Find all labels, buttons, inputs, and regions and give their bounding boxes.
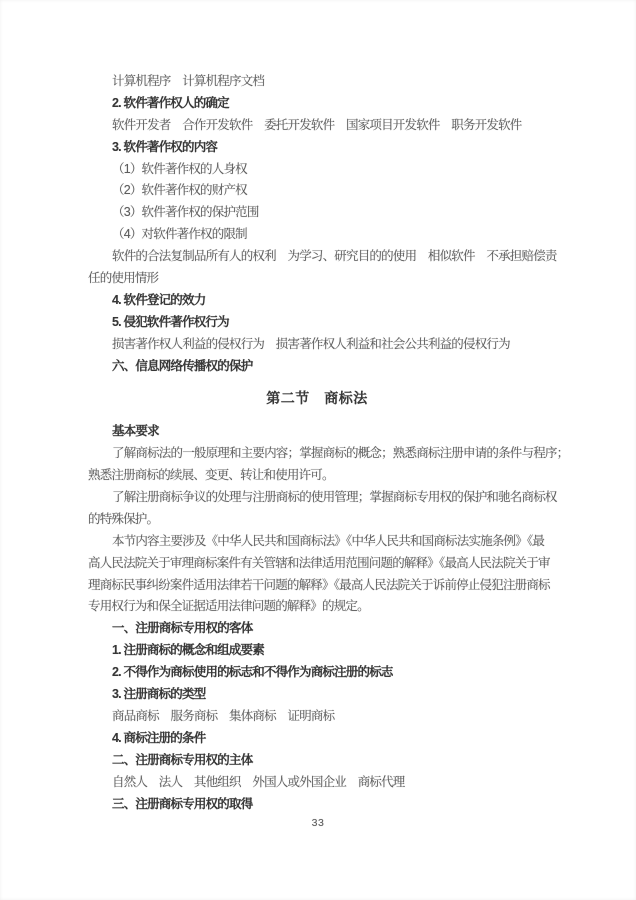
text-line: 理商标民事纠纷案件适用法律若干问题的解释》《最高人民法院关于诉前停止侵犯注册商标: [88, 575, 546, 597]
text-line: 5. 侵犯软件著作权行为: [88, 312, 546, 334]
text-line: 2. 不得作为商标使用的标志和不得作为商标注册的标志: [88, 662, 546, 684]
text-line: 任的使用情形: [88, 268, 546, 290]
page-number: 33: [0, 817, 636, 829]
text-line: 六、信息网络传播权的保护: [88, 356, 546, 378]
text-line: 本节内容主要涉及《中华人民共和国商标法》《中华人民共和国商标法实施条例》《最: [88, 531, 546, 553]
text-line: 的特殊保护。: [88, 509, 546, 531]
text-line: （2）软件著作权的财产权: [88, 180, 546, 202]
text-line: 软件的合法复制品所有人的权利 为学习、研究目的的使用 相似软件 不承担赔偿责: [88, 246, 546, 268]
text-line: （3）软件著作权的保护范围: [88, 202, 546, 224]
text-line: 2. 软件著作权人的确定: [88, 93, 546, 115]
text-line: （1）软件著作权的人身权: [88, 159, 546, 181]
document-content: 计算机程序 计算机程序文档2. 软件著作权人的确定软件开发者 合作开发软件 委托…: [88, 71, 546, 815]
text-line: 计算机程序 计算机程序文档: [88, 71, 546, 93]
text-line: 了解商标法的一般原理和主要内容；掌握商标的概念；熟悉商标注册申请的条件与程序；: [88, 443, 546, 465]
text-line: 4. 软件登记的效力: [88, 290, 546, 312]
text-line: 高人民法院关于审理商标案件有关管辖和法律适用范围问题的解释》《最高人民法院关于审: [88, 553, 546, 575]
document-page: 计算机程序 计算机程序文档2. 软件著作权人的确定软件开发者 合作开发软件 委托…: [0, 0, 636, 900]
text-line: 熟悉注册商标的续展、变更、转让和使用许可。: [88, 465, 546, 487]
text-line: 自然人 法人 其他组织 外国人或外国企业 商标代理: [88, 772, 546, 794]
text-line: 3. 软件著作权的内容: [88, 137, 546, 159]
text-line: 一、注册商标专用权的客体: [88, 618, 546, 640]
text-line: 1. 注册商标的概念和组成要素: [88, 640, 546, 662]
text-line: 了解注册商标争议的处理与注册商标的使用管理；掌握商标专用权的保护和驰名商标权: [88, 487, 546, 509]
text-line: 损害著作权人利益的侵权行为 损害著作权人利益和社会公共利益的侵权行为: [88, 334, 546, 356]
text-line: 4. 商标注册的条件: [88, 728, 546, 750]
text-line: 基本要求: [88, 421, 546, 443]
text-line: 专用权行为和保全证据适用法律问题的解释》的规定。: [88, 596, 546, 618]
text-line: （4）对软件著作权的限制: [88, 224, 546, 246]
text-line: 三、注册商标专用权的取得: [88, 794, 546, 816]
text-line: 二、注册商标专用权的主体: [88, 750, 546, 772]
text-line: 3. 注册商标的类型: [88, 684, 546, 706]
text-line: 商品商标 服务商标 集体商标 证明商标: [88, 706, 546, 728]
section-heading: 第二节 商标法: [88, 388, 546, 410]
text-line: 软件开发者 合作开发软件 委托开发软件 国家项目开发软件 职务开发软件: [88, 115, 546, 137]
